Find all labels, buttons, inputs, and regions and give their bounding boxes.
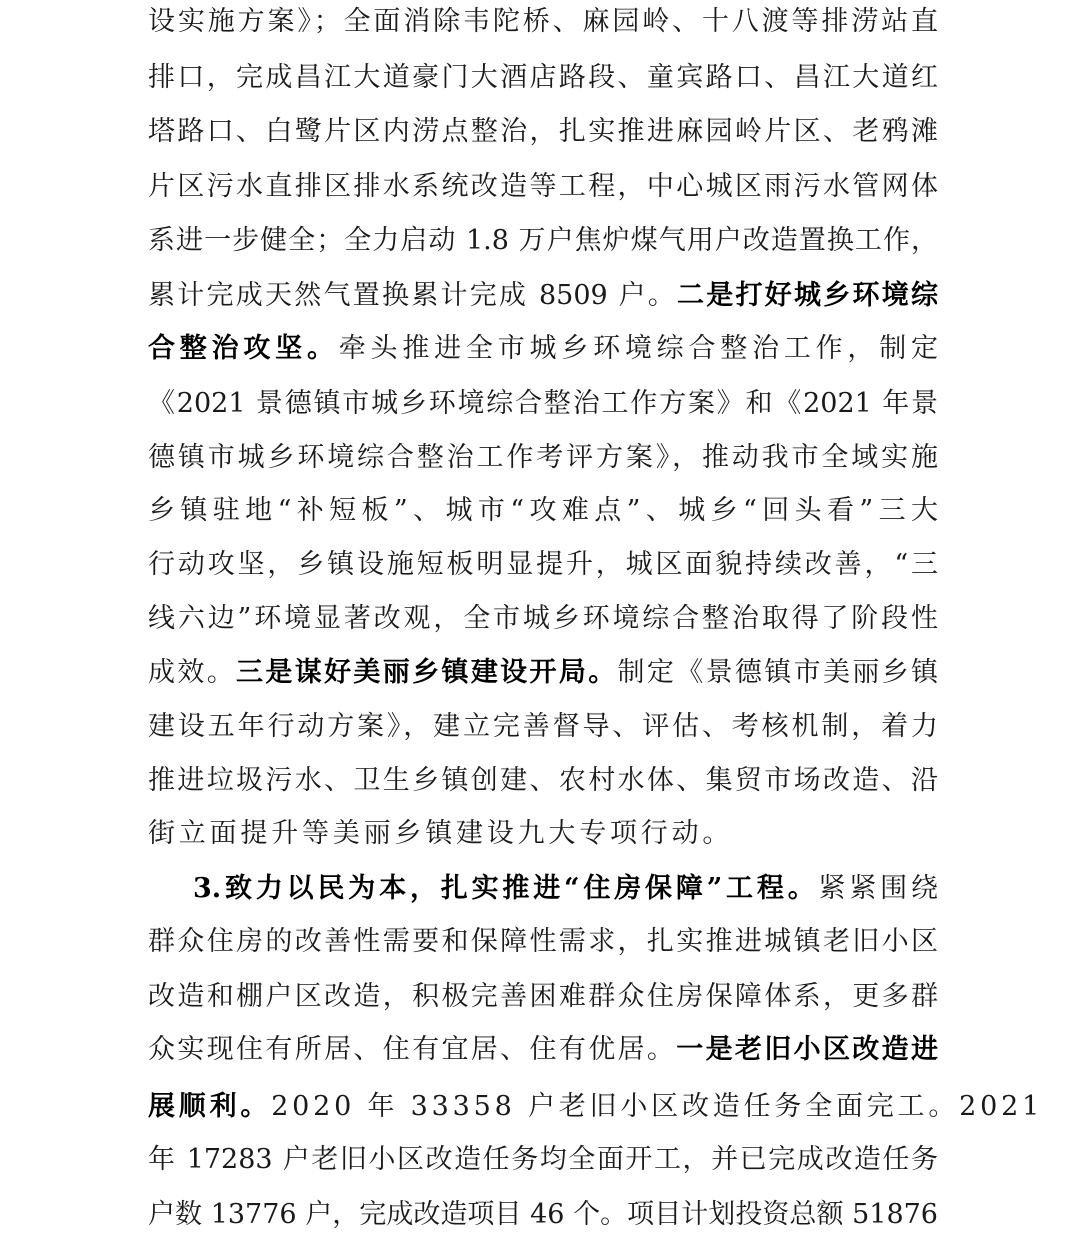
text-span: 排口，完成昌江大道豪门大酒店路段、童宾路口、昌江大道红 bbox=[148, 62, 938, 93]
text-span: 街立面提升等美丽乡镇建设九大专项行动。 bbox=[148, 818, 733, 849]
text-line: 塔路口、白鹭片区内涝点整治，扎实推进麻园岭片区、老鸦滩 bbox=[148, 105, 938, 159]
text-line: 成效。三是谋好美丽乡镇建设开局。制定《景德镇市美丽乡镇 bbox=[148, 646, 938, 700]
text-span: 乡镇驻地“补短板”、城市“攻难点”、城乡“回头看”三大 bbox=[148, 495, 938, 526]
text-span: 《2021 景德镇市城乡环境综合整治工作方案》和《2021 年景 bbox=[148, 388, 938, 419]
text-line: 街立面提升等美丽乡镇建设九大专项行动。 bbox=[148, 807, 733, 861]
text-line: 行动攻坚，乡镇设施短板明显提升，城区面貌持续改善，“三 bbox=[148, 538, 938, 592]
section-heading-line: 3.致力以民为本，扎实推进“住房保障”工程。紧紧围绕 bbox=[193, 862, 938, 916]
text-line: 展顺利。2020 年 33358 户老旧小区改造任务全面完工。2021 bbox=[148, 1080, 1043, 1134]
text-line: 年 17283 户老旧小区改造任务均全面开工，并已完成改造任务 bbox=[148, 1133, 938, 1187]
text-span: 行动攻坚，乡镇设施短板明显提升，城区面貌持续改善，“三 bbox=[148, 549, 938, 580]
text-span: 改造和棚户区改造，积极完善困难群众住房保障体系，更多群 bbox=[148, 981, 938, 1012]
text-span: 片区污水直排区排水系统改造等工程，中心城区雨污水管网体 bbox=[148, 171, 938, 202]
text-span: 制定《景德镇市美丽乡镇 bbox=[618, 657, 938, 688]
text-span: 线六边”环境显著改观，全市城乡环境综合整治取得了阶段性 bbox=[148, 603, 938, 634]
text-line: 德镇市城乡环境综合整治工作考评方案》，推动我市全域实施 bbox=[148, 431, 938, 485]
text-span: 系进一步健全；全力启动 1.8 万户焦炉煤气用户改造置换工作， bbox=[148, 225, 938, 256]
bold-phrase: 展顺利。 bbox=[148, 1091, 271, 1122]
text-line: 乡镇驻地“补短板”、城市“攻难点”、城乡“回头看”三大 bbox=[148, 484, 938, 538]
text-line: 合整治攻坚。牵头推进全市城乡环境综合整治工作，制定 bbox=[148, 322, 938, 376]
text-line: 线六边”环境显著改观，全市城乡环境综合整治取得了阶段性 bbox=[148, 592, 938, 646]
text-line: 群众住房的改善性需要和保障性需求，扎实推进城镇老旧小区 bbox=[148, 915, 938, 969]
text-span: 推进垃圾污水、卫生乡镇创建、农村水体、集贸市场改造、沿 bbox=[148, 765, 938, 796]
text-line: 排口，完成昌江大道豪门大酒店路段、童宾路口、昌江大道红 bbox=[148, 51, 938, 105]
text-line: 改造和棚户区改造，积极完善困难群众住房保障体系，更多群 bbox=[148, 970, 938, 1024]
text-span: 累计完成天然气置换累计完成 8509 户。 bbox=[148, 280, 677, 311]
text-line: 推进垃圾污水、卫生乡镇创建、农村水体、集贸市场改造、沿 bbox=[148, 754, 938, 808]
bold-phrase: 一是老旧小区改造进 bbox=[676, 1034, 938, 1065]
text-span: 设实施方案》；全面消除韦陀桥、麻园岭、十八渡等排涝站直 bbox=[148, 6, 938, 37]
text-span: 塔路口、白鹭片区内涝点整治，扎实推进麻园岭片区、老鸦滩 bbox=[148, 116, 938, 147]
text-span: 紧紧围绕 bbox=[819, 873, 938, 904]
bold-phrase: 三是谋好美丽乡镇建设开局。 bbox=[236, 657, 618, 688]
text-line: 系进一步健全；全力启动 1.8 万户焦炉煤气用户改造置换工作， bbox=[148, 214, 938, 268]
text-line: 众实现住有所居、住有宜居、住有优居。一是老旧小区改造进 bbox=[148, 1023, 938, 1077]
text-span: 群众住房的改善性需要和保障性需求，扎实推进城镇老旧小区 bbox=[148, 926, 938, 957]
text-line: 户数 13776 户，完成改造项目 46 个。项目计划投资总额 51876 bbox=[148, 1188, 938, 1242]
text-span: 德镇市城乡环境综合整治工作考评方案》，推动我市全域实施 bbox=[148, 442, 938, 473]
text-span: 年 17283 户老旧小区改造任务均全面开工，并已完成改造任务 bbox=[148, 1144, 938, 1175]
text-span: 户数 13776 户，完成改造项目 46 个。项目计划投资总额 51876 bbox=[148, 1199, 938, 1230]
text-line: 片区污水直排区排水系统改造等工程，中心城区雨污水管网体 bbox=[148, 160, 938, 214]
text-line: 累计完成天然气置换累计完成 8509 户。二是打好城乡环境综 bbox=[148, 269, 938, 323]
bold-phrase: 3.致力以民为本，扎实推进“住房保障”工程。 bbox=[193, 873, 819, 904]
text-line: 建设五年行动方案》，建立完善督导、评估、考核机制，着力 bbox=[148, 700, 938, 754]
bold-phrase: 二是打好城乡环境综 bbox=[677, 280, 938, 311]
text-span: 2020 年 33358 户老旧小区改造任务全面完工。2021 bbox=[271, 1091, 1043, 1122]
text-span: 牵头推进全市城乡环境综合整治工作，制定 bbox=[339, 333, 938, 364]
text-line: 《2021 景德镇市城乡环境综合整治工作方案》和《2021 年景 bbox=[148, 377, 938, 431]
bold-phrase: 合整治攻坚。 bbox=[148, 333, 339, 364]
text-line: 设实施方案》；全面消除韦陀桥、麻园岭、十八渡等排涝站直 bbox=[148, 0, 938, 49]
text-span: 众实现住有所居、住有宜居、住有优居。 bbox=[148, 1034, 676, 1065]
text-span: 建设五年行动方案》，建立完善督导、评估、考核机制，着力 bbox=[148, 711, 938, 742]
text-span: 成效。 bbox=[148, 657, 236, 688]
